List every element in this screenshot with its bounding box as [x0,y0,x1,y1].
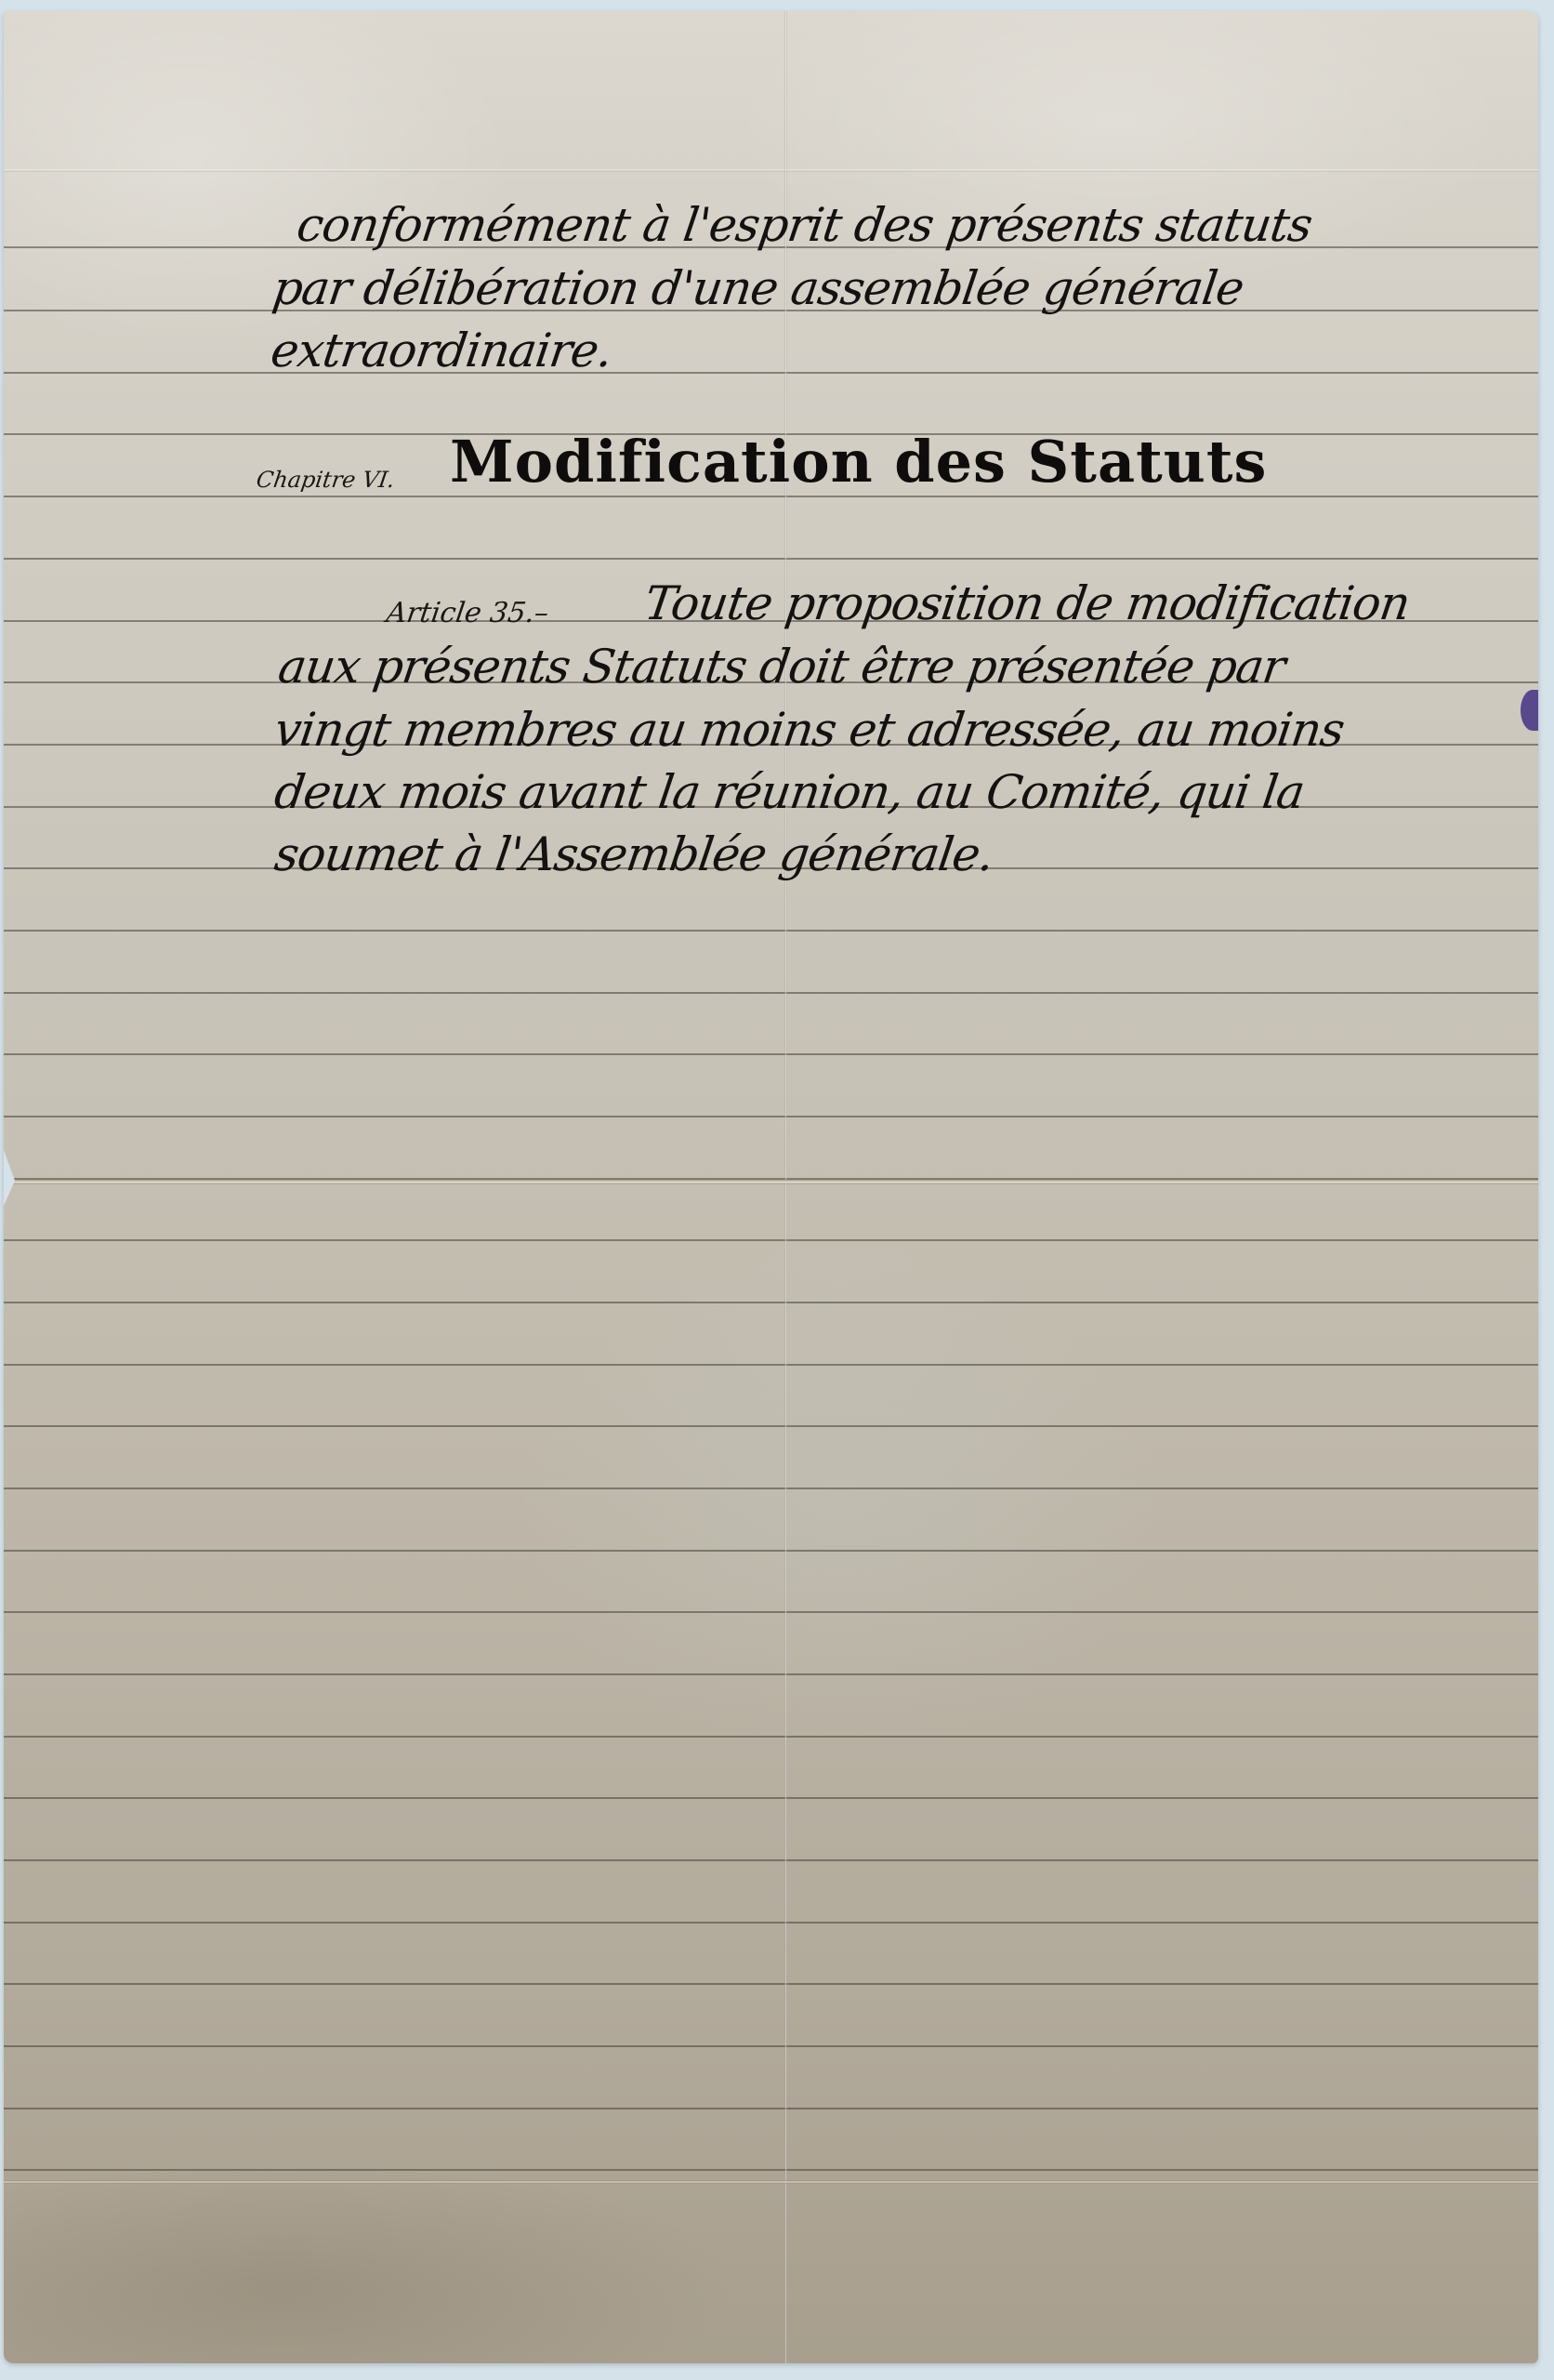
article-line-5: soumet à l'Assemblée générale. [271,831,995,878]
ruled-line [4,372,1538,374]
ruled-line [4,1425,1538,1427]
intro-line-1: conformément à l'esprit des présents sta… [294,202,1314,248]
ruled-line [4,992,1538,994]
fold-crease-bottom [4,2180,1538,2184]
article-line-1: Toute proposition de modification [641,580,1412,627]
chapter-title: Modification des Statuts [450,428,1267,496]
ruled-line [4,2108,1538,2109]
intro-line-2: par délibération d'une assemblée général… [270,265,1245,311]
ruled-line [4,1922,1538,1924]
chapter-label: Chapitre VI. [255,467,396,493]
ruled-line [4,930,1538,932]
ruled-line [4,1611,1538,1613]
fold-crease-top [4,169,1538,172]
ruled-line [4,1053,1538,1055]
ruled-line [4,1364,1538,1366]
fold-crease-horizontal [4,1180,1538,1184]
ruled-line [4,1302,1538,1303]
ruled-line [4,1859,1538,1861]
ruled-line [4,1983,1538,1985]
fold-crease-vertical [784,11,787,2363]
article-line-2: aux présents Statuts doit être présentée… [275,643,1287,690]
ruled-line [4,1487,1538,1489]
torn-notch [4,1150,15,1206]
ruled-line [4,1673,1538,1675]
article-label: Article 35.– [385,597,551,629]
purple-ink-stain [1521,690,1538,731]
document-page: conformément à l'esprit des présents sta… [4,11,1538,2363]
ruled-line [4,2169,1538,2171]
article-line-3: vingt membres au moins et adressée, au m… [271,707,1347,753]
ruled-line [4,2045,1538,2047]
ruled-line [4,558,1538,560]
ruled-line [4,1797,1538,1799]
intro-line-3: extraordinaire. [268,327,614,374]
ruled-line [4,1550,1538,1552]
ruled-line [4,1736,1538,1738]
ruled-line [4,496,1538,497]
article-line-4: deux mois avant la réunion, au Comité, q… [271,769,1307,815]
ruled-line [4,1116,1538,1117]
ruled-line [4,1239,1538,1241]
